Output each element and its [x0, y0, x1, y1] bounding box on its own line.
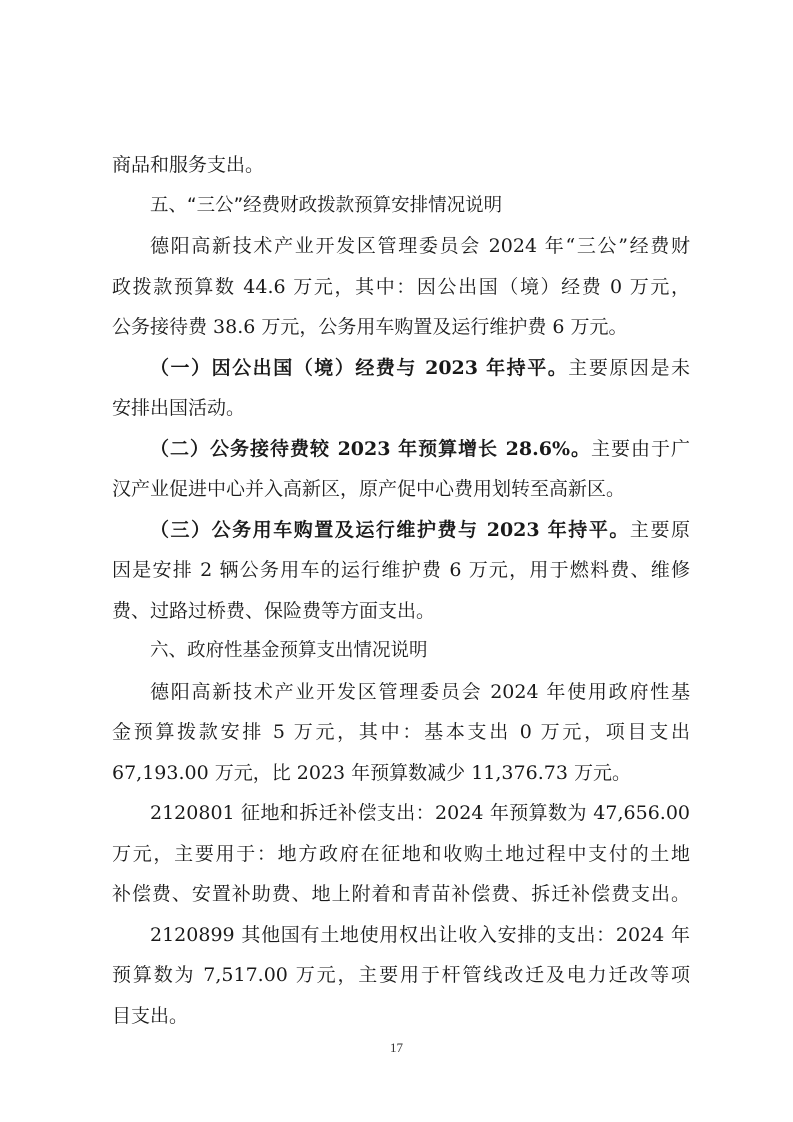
subsection-text: 主要由于广 [591, 438, 690, 460]
section-heading-government-funds: 六、政府性基金预算支出情况说明 [112, 631, 690, 672]
paragraph-line: 德阳高新技术产业开发区管理委员会 2024 年使用政府性基 [112, 672, 690, 713]
paragraph-line: 公务接待费 38.6 万元，公务用车购置及运行维护费 6 万元。 [112, 307, 690, 348]
paragraph-line-2120801: 2120801 征地和拆迁补偿支出：2024 年预算数为 47,656.00 [112, 793, 690, 834]
paragraph-line: 费、过路过桥费、保险费等方面支出。 [112, 591, 690, 632]
section-heading-three-public-expenses: 五、“三公”经费财政拨款预算安排情况说明 [112, 186, 690, 227]
paragraph-line: 商品和服务支出。 [112, 145, 690, 186]
subsection-text: 主要原因是未 [568, 357, 690, 379]
subsection-title: （三）公务用车购置及运行维护费与 2023 年持平。 [150, 519, 630, 541]
paragraph-line: 安排出国活动。 [112, 388, 690, 429]
paragraph-line: 汉产业促进中心并入高新区，原产促中心费用划转至高新区。 [112, 469, 690, 510]
paragraph-line: 因是安排 2 辆公务用车的运行维护费 6 万元，用于燃料费、维修 [112, 550, 690, 591]
paragraph-line: 德阳高新技术产业开发区管理委员会 2024 年“三公”经费财 [112, 226, 690, 267]
paragraph-line-2120899: 2120899 其他国有土地使用权出让收入安排的支出：2024 年 [112, 915, 690, 956]
paragraph-line: 补偿费、安置补助费、地上附着和青苗补偿费、拆迁补偿费支出。 [112, 874, 690, 915]
subsection-text: 主要原 [630, 519, 690, 541]
subsection-title: （一）因公出国（境）经费与 2023 年持平。 [150, 357, 568, 379]
page-number: 17 [0, 1040, 793, 1056]
paragraph-line: 目支出。 [112, 996, 690, 1037]
subsection-reception: （二）公务接待费较 2023 年预算增长 28.6%。主要由于广 [112, 429, 690, 470]
paragraph-line: 政拨款预算数 44.6 万元，其中：因公出国（境）经费 0 万元， [112, 267, 690, 308]
paragraph-line: 万元，主要用于：地方政府在征地和收购土地过程中支付的土地 [112, 834, 690, 875]
subsection-title: （二）公务接待费较 2023 年预算增长 28.6%。 [150, 438, 591, 460]
paragraph-line: 预算数为 7,517.00 万元，主要用于杆管线改迁及电力迁改等项 [112, 955, 690, 996]
document-page: 商品和服务支出。 五、“三公”经费财政拨款预算安排情况说明 德阳高新技术产业开发… [112, 145, 690, 1036]
paragraph-line: 金预算拨款安排 5 万元，其中：基本支出 0 万元，项目支出 [112, 712, 690, 753]
paragraph-line: 67,193.00 万元，比 2023 年预算数减少 11,376.73 万元。 [112, 753, 690, 794]
subsection-vehicles: （三）公务用车购置及运行维护费与 2023 年持平。主要原 [112, 510, 690, 551]
subsection-overseas-travel: （一）因公出国（境）经费与 2023 年持平。主要原因是未 [112, 348, 690, 389]
